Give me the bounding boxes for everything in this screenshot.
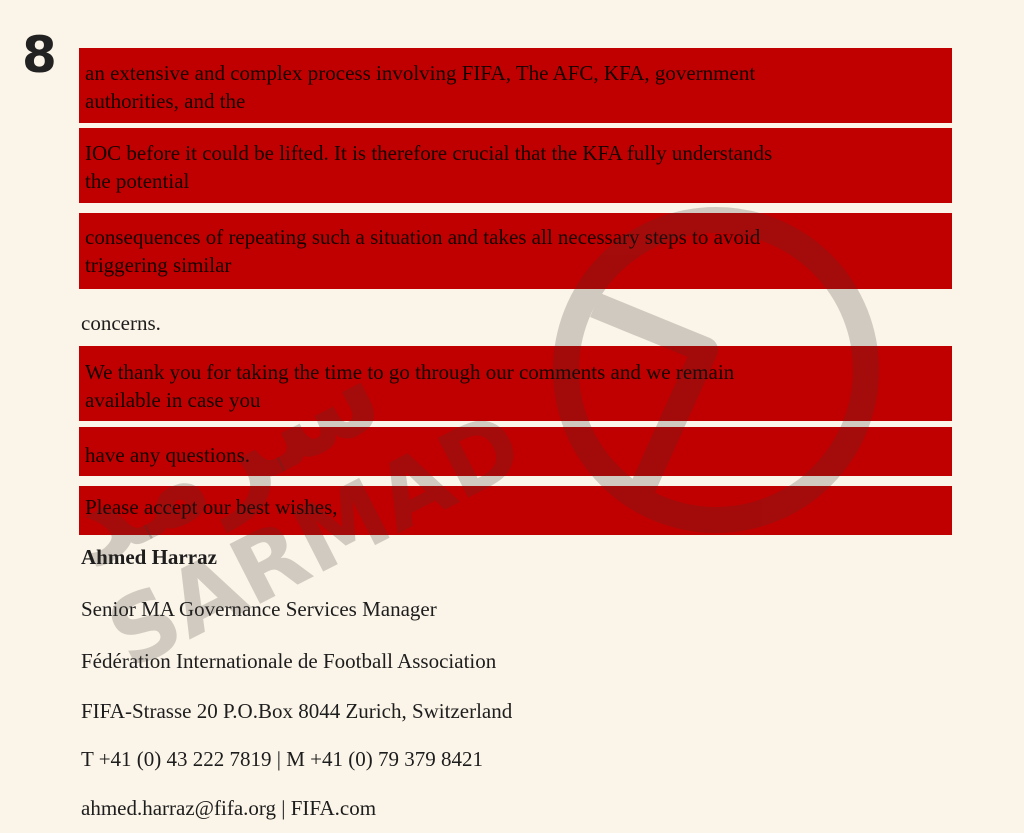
highlighted-paragraph: IOC before it could be lifted. It is the…	[79, 128, 952, 203]
highlighted-paragraph: Please accept our best wishes,	[79, 486, 952, 535]
highlighted-paragraph: an extensive and complex process involvi…	[79, 48, 952, 123]
signature-name: Ahmed Harraz	[81, 543, 217, 571]
highlighted-paragraph: have any questions.	[79, 427, 952, 476]
highlighted-paragraph: consequences of repeating such a situati…	[79, 213, 952, 289]
signature-address: FIFA-Strasse 20 P.O.Box 8044 Zurich, Swi…	[81, 697, 512, 725]
signature-phone: T +41 (0) 43 222 7819 | M +41 (0) 79 379…	[81, 745, 483, 773]
highlighted-paragraph: We thank you for taking the time to go t…	[79, 346, 952, 421]
signature-organization: Fédération Internationale de Football As…	[81, 647, 496, 675]
concerns-text: concerns.	[81, 309, 161, 337]
signature-contact: ahmed.harraz@fifa.org | FIFA.com	[81, 794, 376, 822]
page-number: 8	[22, 30, 57, 80]
signature-title: Senior MA Governance Services Manager	[81, 595, 437, 623]
